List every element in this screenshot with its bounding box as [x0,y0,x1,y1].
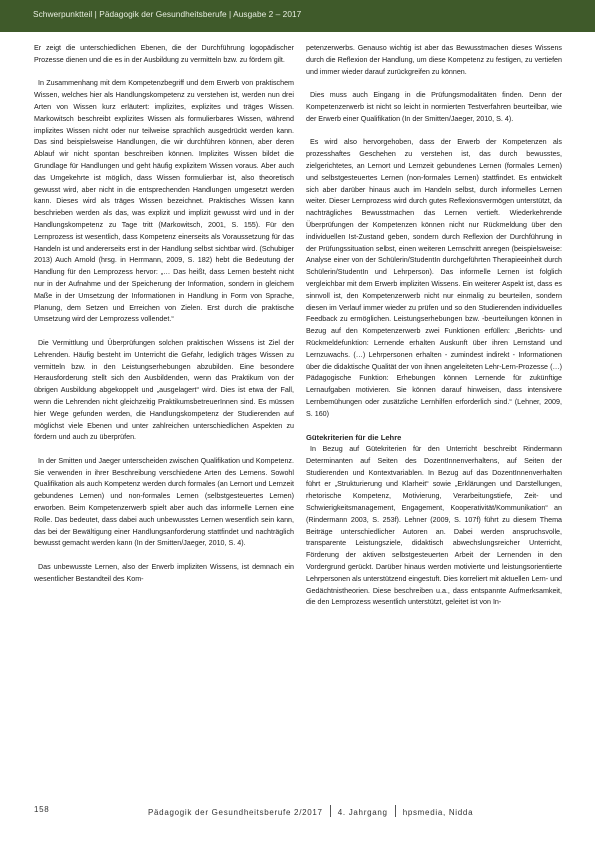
paragraph: In der Smitten und Jaeger unterscheiden … [34,456,294,550]
page-footer: 158 Pädagogik der Gesundheitsberufe 2/20… [34,805,562,819]
running-header-title: Schwerpunktteil | Pädagogik der Gesundhe… [33,9,301,19]
footer-publisher: hpsmedia, Nidda [403,808,474,817]
paragraph: In Zusammenhang mit dem Kompetenzbegriff… [34,78,294,326]
paragraph: Es wird also hervorgehoben, dass der Erw… [306,137,562,420]
footer-journal: Pädagogik der Gesundheitsberufe 2/2017 [148,808,323,817]
left-column: Er zeigt die unterschiedlichen Ebenen, d… [34,43,294,586]
footer-separator [330,805,331,817]
footer-volume: 4. Jahrgang [338,808,388,817]
page-number: 158 [34,805,49,814]
footer-publication-info: Pädagogik der Gesundheitsberufe 2/20174.… [148,805,473,817]
paragraph: Das unbewusste Lernen, also der Erwerb i… [34,562,294,586]
footer-separator [395,805,396,817]
paragraph: petenzerwerbs. Genauso wichtig ist aber … [306,43,562,78]
right-column: petenzerwerbs. Genauso wichtig ist aber … [306,43,562,609]
section-heading: Gütekriterien für die Lehre [306,432,562,444]
paragraph: In Bezug auf Gütekriterien für den Unter… [306,444,562,609]
paragraph: Dies muss auch Eingang in die Prüfungsmo… [306,90,562,125]
paragraph: Er zeigt die unterschiedlichen Ebenen, d… [34,43,294,67]
paragraph: Die Vermittlung und Überprüfungen solche… [34,338,294,444]
running-header-band: Schwerpunktteil | Pädagogik der Gesundhe… [0,0,595,32]
